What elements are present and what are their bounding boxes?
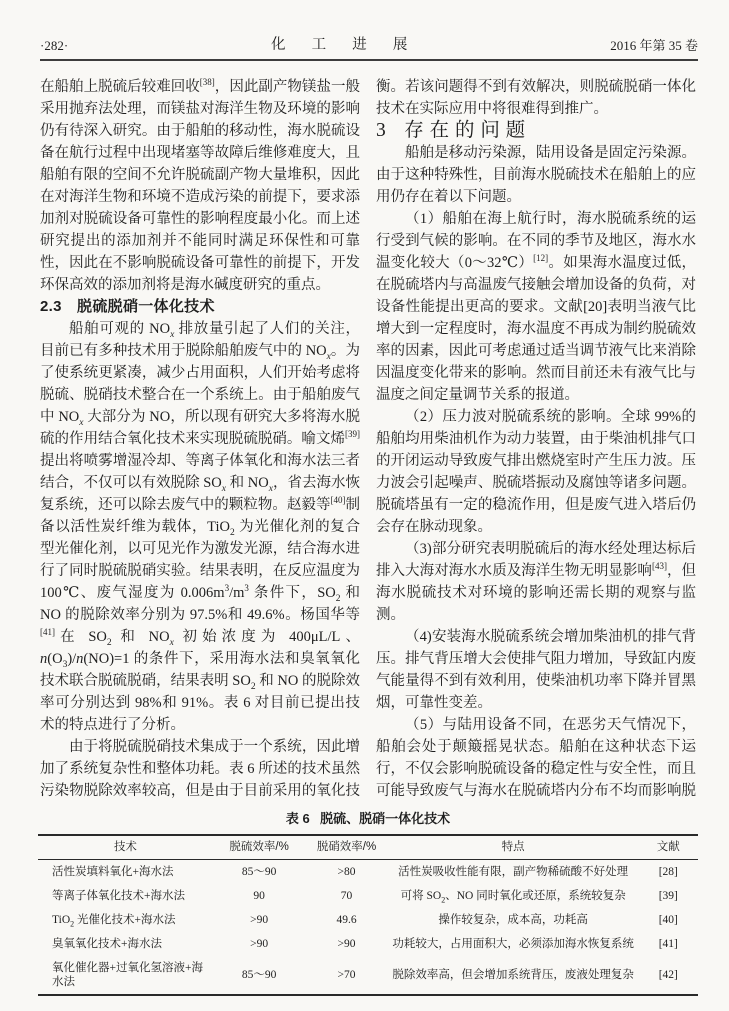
cell-features: 功耗较大，占用面积大，必须添加海水恢复系统 [388, 932, 639, 956]
paragraph: 在船舶上脱硫后较难回收[38]，因此副产物镁盐一般采用抛弃法处理，而镁盐对海洋生… [40, 76, 360, 296]
cell-so2-efficiency: 85～90 [213, 860, 305, 885]
cell-nox-efficiency: >80 [305, 860, 388, 885]
column-header-so2-efficiency: 脱硫效率/% [213, 835, 305, 860]
cell-technology: 臭氧氧化技术+海水法 [38, 932, 213, 956]
cell-nox-efficiency: 49.6 [305, 908, 388, 932]
journal-page: ·282· 化工进展 2016 年第 35 卷 在船舶上脱硫后较难回收[38]，… [0, 0, 729, 1011]
volume-info: 2016 年第 35 卷 [610, 35, 698, 54]
table-6: 技术 脱硫效率/% 脱硝效率/% 特点 文献 活性炭填料氧化+海水法 85～90… [38, 834, 698, 996]
table-row: 臭氧氧化技术+海水法 >90 >90 功耗较大，占用面积大，必须添加海水恢复系统… [38, 932, 698, 956]
column-header-nox-efficiency: 脱硝效率/% [305, 835, 388, 860]
paragraph: 衡。若该问题得不到有效解决，则脱硫脱硝一体化技术在实际应用中将很难得到推广。 [376, 76, 696, 120]
section-heading-3: 3存在的问题 [376, 120, 696, 142]
table-row: TiO2 光催化技术+海水法 >90 49.6 操作较复杂，成本高，功耗高 [4… [38, 908, 698, 932]
cell-reference: [39] [639, 884, 698, 908]
paragraph: （1）船舶在海上航行时，海水脱硫系统的运行受到气候的影响。在不同的季节及地区，海… [376, 208, 696, 406]
cell-technology: 氧化催化器+过氧化氢溶液+海水法 [38, 956, 213, 995]
paragraph: （2）压力波对脱硫系统的影响。全球 99%的船舶均用柴油机作为动力装置，由于柴油… [376, 406, 696, 538]
cell-so2-efficiency: >90 [213, 908, 305, 932]
journal-title: 化工进展 [245, 33, 434, 54]
column-header-technology: 技术 [38, 835, 213, 860]
cell-technology: 活性炭填料氧化+海水法 [38, 860, 213, 885]
right-column: 衡。若该问题得不到有效解决，则脱硫脱硝一体化技术在实际应用中将很难得到推广。 3… [376, 76, 696, 868]
cell-technology: 等离子体氧化技术+海水法 [38, 884, 213, 908]
table-caption: 表 6脱硫、脱硝一体化技术 [38, 808, 698, 827]
cell-reference: [40] [639, 908, 698, 932]
cell-nox-efficiency: 70 [305, 884, 388, 908]
paragraph: （4)安装海水脱硫系统会增加柴油机的排气背压。排气背压增大会使排气阻力增加，导致… [376, 626, 696, 714]
section-title: 存在的问题 [404, 120, 531, 141]
table-row: 活性炭填料氧化+海水法 85～90 >80 活性炭吸收性能有限，副产物稀硫酸不好… [38, 860, 698, 885]
body-columns: 在船舶上脱硫后较难回收[38]，因此副产物镁盐一般采用抛弃法处理，而镁盐对海洋生… [40, 76, 697, 868]
table-header-row: 技术 脱硫效率/% 脱硝效率/% 特点 文献 [38, 835, 698, 860]
cell-nox-efficiency: >70 [305, 956, 388, 995]
column-header-reference: 文献 [639, 835, 698, 860]
table-section: 表 6脱硫、脱硝一体化技术 技术 脱硫效率/% 脱硝效率/% 特点 文献 活性炭… [38, 804, 698, 1011]
section-heading-2-3: 2.3 脱硫脱硝一体化技术 [40, 296, 360, 318]
cell-features: 活性炭吸收性能有限，副产物稀硫酸不好处理 [388, 860, 639, 885]
cell-so2-efficiency: 90 [213, 884, 305, 908]
table-caption-text: 脱硫、脱硝一体化技术 [320, 811, 450, 826]
cell-features: 可将 SO2、NO 同时氧化或还原，系统较复杂 [388, 884, 639, 908]
cell-reference: [41] [639, 932, 698, 956]
section-number: 3 [376, 120, 386, 141]
cell-features: 脱除效率高，但会增加系统背压，废液处理复杂 [388, 956, 639, 995]
table-caption-label: 表 6 [286, 811, 310, 826]
page-header: ·282· 化工进展 2016 年第 35 卷 [40, 30, 698, 61]
cell-technology: TiO2 光催化技术+海水法 [38, 908, 213, 932]
left-column: 在船舶上脱硫后较难回收[38]，因此副产物镁盐一般采用抛弃法处理，而镁盐对海洋生… [40, 76, 360, 868]
cell-so2-efficiency: >90 [213, 932, 305, 956]
paragraph: 船舶可观的 NOx 排放量引起了人们的关注，目前已有多种技术用于脱除船舶废气中的… [40, 318, 360, 736]
cell-reference: [42] [639, 956, 698, 995]
cell-features: 操作较复杂，成本高，功耗高 [388, 908, 639, 932]
cell-so2-efficiency: 85～90 [213, 956, 305, 995]
table-row: 等离子体氧化技术+海水法 90 70 可将 SO2、NO 同时氧化或还原，系统较… [38, 884, 698, 908]
column-header-features: 特点 [388, 835, 639, 860]
cell-reference: [28] [639, 860, 698, 885]
paragraph: 船舶是移动污染源，陆用设备是固定污染源。由于这种特殊性，目前海水脱硫技术在船舶上… [376, 142, 696, 208]
cell-nox-efficiency: >90 [305, 932, 388, 956]
paragraph: （3)部分研究表明脱硫后的海水经处理达标后排入大海对海水水质及海洋生物无明显影响… [376, 538, 696, 626]
page-number: ·282· [40, 38, 68, 54]
table-row: 氧化催化器+过氧化氢溶液+海水法 85～90 >70 脱除效率高，但会增加系统背… [38, 956, 698, 995]
